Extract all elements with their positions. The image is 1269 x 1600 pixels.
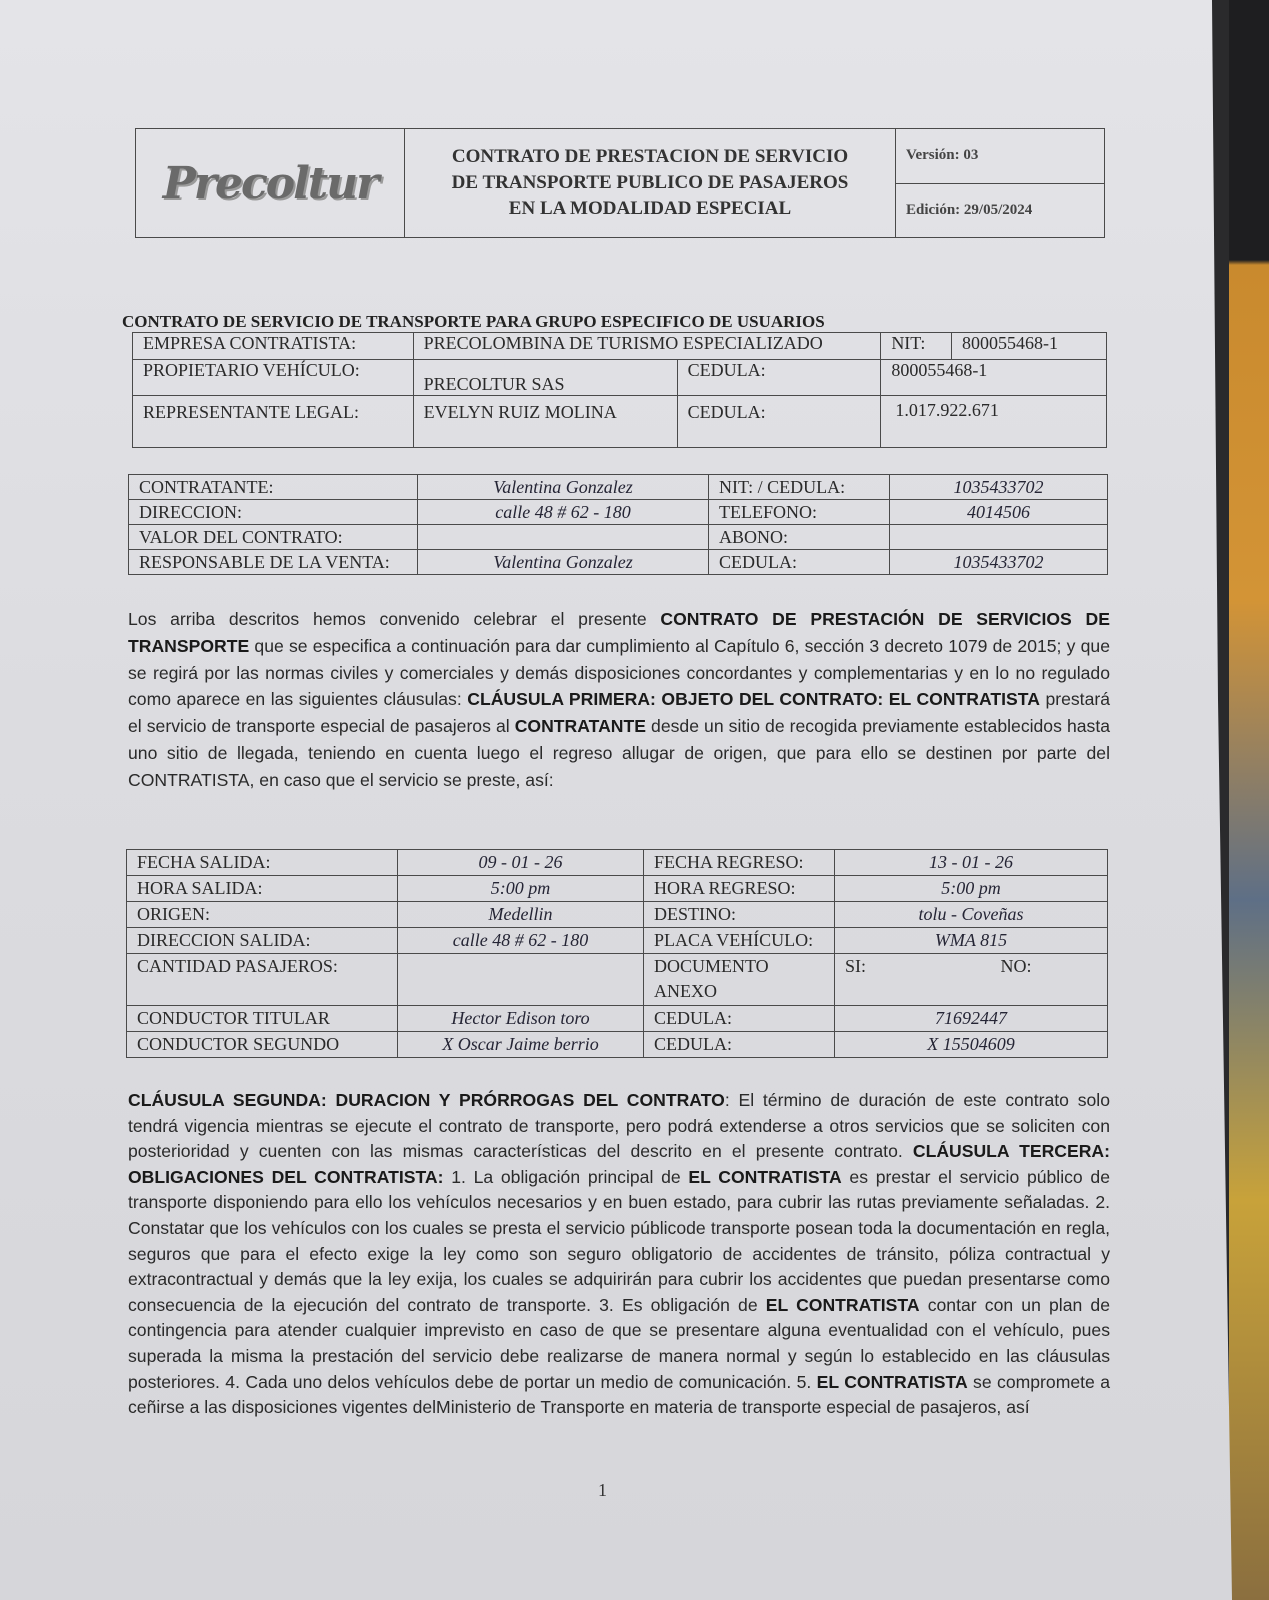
conductor-titular-value[interactable]: Hector Edison toro: [398, 1006, 644, 1032]
clause-primera-paragraph: Los arriba descritos hemos convenido cel…: [128, 606, 1110, 794]
title-line: CONTRATO DE PRESTACION DE SERVICIO: [415, 144, 885, 170]
valor-value[interactable]: [418, 525, 709, 550]
fecha-regreso-value[interactable]: 13 - 01 - 26: [835, 850, 1108, 876]
placa-label: PLACA VEHÍCULO:: [644, 928, 835, 954]
bold-run: CLÁUSULA SEGUNDA: DURACION Y PRÓRROGAS D…: [128, 1090, 725, 1110]
hora-regreso-label: HORA REGRESO:: [644, 876, 835, 902]
direccion-value[interactable]: calle 48 # 62 - 180: [418, 500, 709, 525]
destino-label: DESTINO:: [644, 902, 835, 928]
company-table: EMPRESA CONTRATISTA: PRECOLOMBINA DE TUR…: [132, 332, 1107, 448]
text-run: 1. La obligación principal de: [444, 1167, 689, 1187]
client-table: CONTRATANTE: Valentina Gonzalez NIT: / C…: [128, 474, 1108, 575]
telefono-value[interactable]: 4014506: [890, 500, 1108, 525]
propietario-cedula-value: 800055468-1: [881, 360, 1107, 396]
propietario-value: PRECOLTUR SAS: [413, 360, 677, 396]
text-run: es prestar el servicio público de transp…: [128, 1167, 1110, 1315]
bold-run: CONTRATANTE: [515, 716, 646, 736]
empresa-value: PRECOLOMBINA DE TURISMO ESPECIALIZADO: [413, 333, 881, 360]
bold-run: EL CONTRATISTA: [766, 1295, 920, 1315]
logo-text: Precoltur: [163, 158, 378, 209]
direccion-label: DIRECCION:: [129, 500, 418, 525]
representante-value: EVELYN RUIZ MOLINA: [413, 396, 677, 448]
conductor-titular-cedula-label: CEDULA:: [644, 1006, 835, 1032]
fecha-regreso-label: FECHA REGRESO:: [644, 850, 835, 876]
title-line: EN LA MODALIDAD ESPECIAL: [415, 196, 885, 222]
direccion-salida-label: DIRECCION SALIDA:: [127, 928, 398, 954]
title-line: DE TRANSPORTE PUBLICO DE PASAJEROS: [415, 170, 885, 196]
contratante-label: CONTRATANTE:: [129, 475, 418, 500]
trip-table: FECHA SALIDA: 09 - 01 - 26 FECHA REGRESO…: [126, 849, 1108, 1058]
representante-label: REPRESENTANTE LEGAL:: [133, 396, 414, 448]
section-title: CONTRATO DE SERVICIO DE TRANSPORTE PARA …: [122, 312, 825, 332]
representante-cedula-label: CEDULA:: [677, 396, 881, 448]
documento-anexo-label: DOCUMENTO ANEXO: [644, 954, 835, 1006]
company-logo: Precoltur: [136, 129, 405, 238]
no-checkbox[interactable]: NO:: [1001, 956, 1032, 976]
conductor-segundo-cedula-value[interactable]: X 15504609: [835, 1032, 1108, 1058]
bold-run: EL CONTRATISTA: [817, 1372, 968, 1392]
conductor-segundo-cedula-label: CEDULA:: [644, 1032, 835, 1058]
hora-salida-value[interactable]: 5:00 pm: [398, 876, 644, 902]
nit-label: NIT:: [881, 333, 952, 360]
responsable-label: RESPONSABLE DE LA VENTA:: [129, 550, 418, 575]
nit-cedula-value[interactable]: 1035433702: [890, 475, 1108, 500]
si-checkbox[interactable]: SI:: [845, 956, 866, 976]
responsable-cedula-label: CEDULA:: [709, 550, 890, 575]
fecha-salida-value[interactable]: 09 - 01 - 26: [398, 850, 644, 876]
placa-value[interactable]: WMA 815: [835, 928, 1108, 954]
document-page: Precoltur CONTRATO DE PRESTACION DE SERV…: [0, 0, 1232, 1600]
conductor-segundo-label: CONDUCTOR SEGUNDO: [127, 1032, 398, 1058]
responsable-value[interactable]: Valentina Gonzalez: [418, 550, 709, 575]
abono-label: ABONO:: [709, 525, 890, 550]
conductor-segundo-value[interactable]: X Oscar Jaime berrio: [398, 1032, 644, 1058]
page-number: 1: [598, 1480, 607, 1501]
telefono-label: TELEFONO:: [709, 500, 890, 525]
propietario-label: PROPIETARIO VEHÍCULO:: [133, 360, 414, 396]
contratante-value[interactable]: Valentina Gonzalez: [418, 475, 709, 500]
bold-run: EL CONTRATISTA: [688, 1167, 841, 1187]
empresa-label: EMPRESA CONTRATISTA:: [133, 333, 414, 360]
nit-value: 800055468-1: [951, 333, 1106, 360]
abono-value[interactable]: [890, 525, 1108, 550]
hora-regreso-value[interactable]: 5:00 pm: [835, 876, 1108, 902]
hora-salida-label: HORA SALIDA:: [127, 876, 398, 902]
propietario-cedula-label: CEDULA:: [677, 360, 881, 396]
representante-cedula-value: 1.017.922.671: [881, 396, 1107, 448]
direccion-salida-value[interactable]: calle 48 # 62 - 180: [398, 928, 644, 954]
document-title: CONTRATO DE PRESTACION DE SERVICIO DE TR…: [405, 129, 896, 238]
clause-segunda-tercera-paragraph: CLÁUSULA SEGUNDA: DURACION Y PRÓRROGAS D…: [128, 1088, 1110, 1421]
document-header: Precoltur CONTRATO DE PRESTACION DE SERV…: [135, 128, 1105, 238]
conductor-titular-cedula-value[interactable]: 71692447: [835, 1006, 1108, 1032]
fecha-salida-label: FECHA SALIDA:: [127, 850, 398, 876]
nit-cedula-label: NIT: / CEDULA:: [709, 475, 890, 500]
destino-value[interactable]: tolu - Coveñas: [835, 902, 1108, 928]
conductor-titular-label: CONDUCTOR TITULAR: [127, 1006, 398, 1032]
cantidad-label: CANTIDAD PASAJEROS:: [127, 954, 398, 1006]
background-surface: [1229, 0, 1269, 1600]
responsable-cedula-value[interactable]: 1035433702: [890, 550, 1108, 575]
valor-label: VALOR DEL CONTRATO:: [129, 525, 418, 550]
cantidad-value[interactable]: [398, 954, 644, 1006]
documento-anexo-options: SI: NO:: [835, 954, 1108, 1006]
origen-value[interactable]: Medellin: [398, 902, 644, 928]
origen-label: ORIGEN:: [127, 902, 398, 928]
bold-run: CLÁUSULA PRIMERA: OBJETO DEL CONTRATO: E…: [467, 689, 1040, 709]
text-run: Los arriba descritos hemos convenido cel…: [128, 609, 660, 629]
edition-label: Edición: 29/05/2024: [896, 183, 1105, 238]
version-label: Versión: 03: [896, 129, 1105, 184]
